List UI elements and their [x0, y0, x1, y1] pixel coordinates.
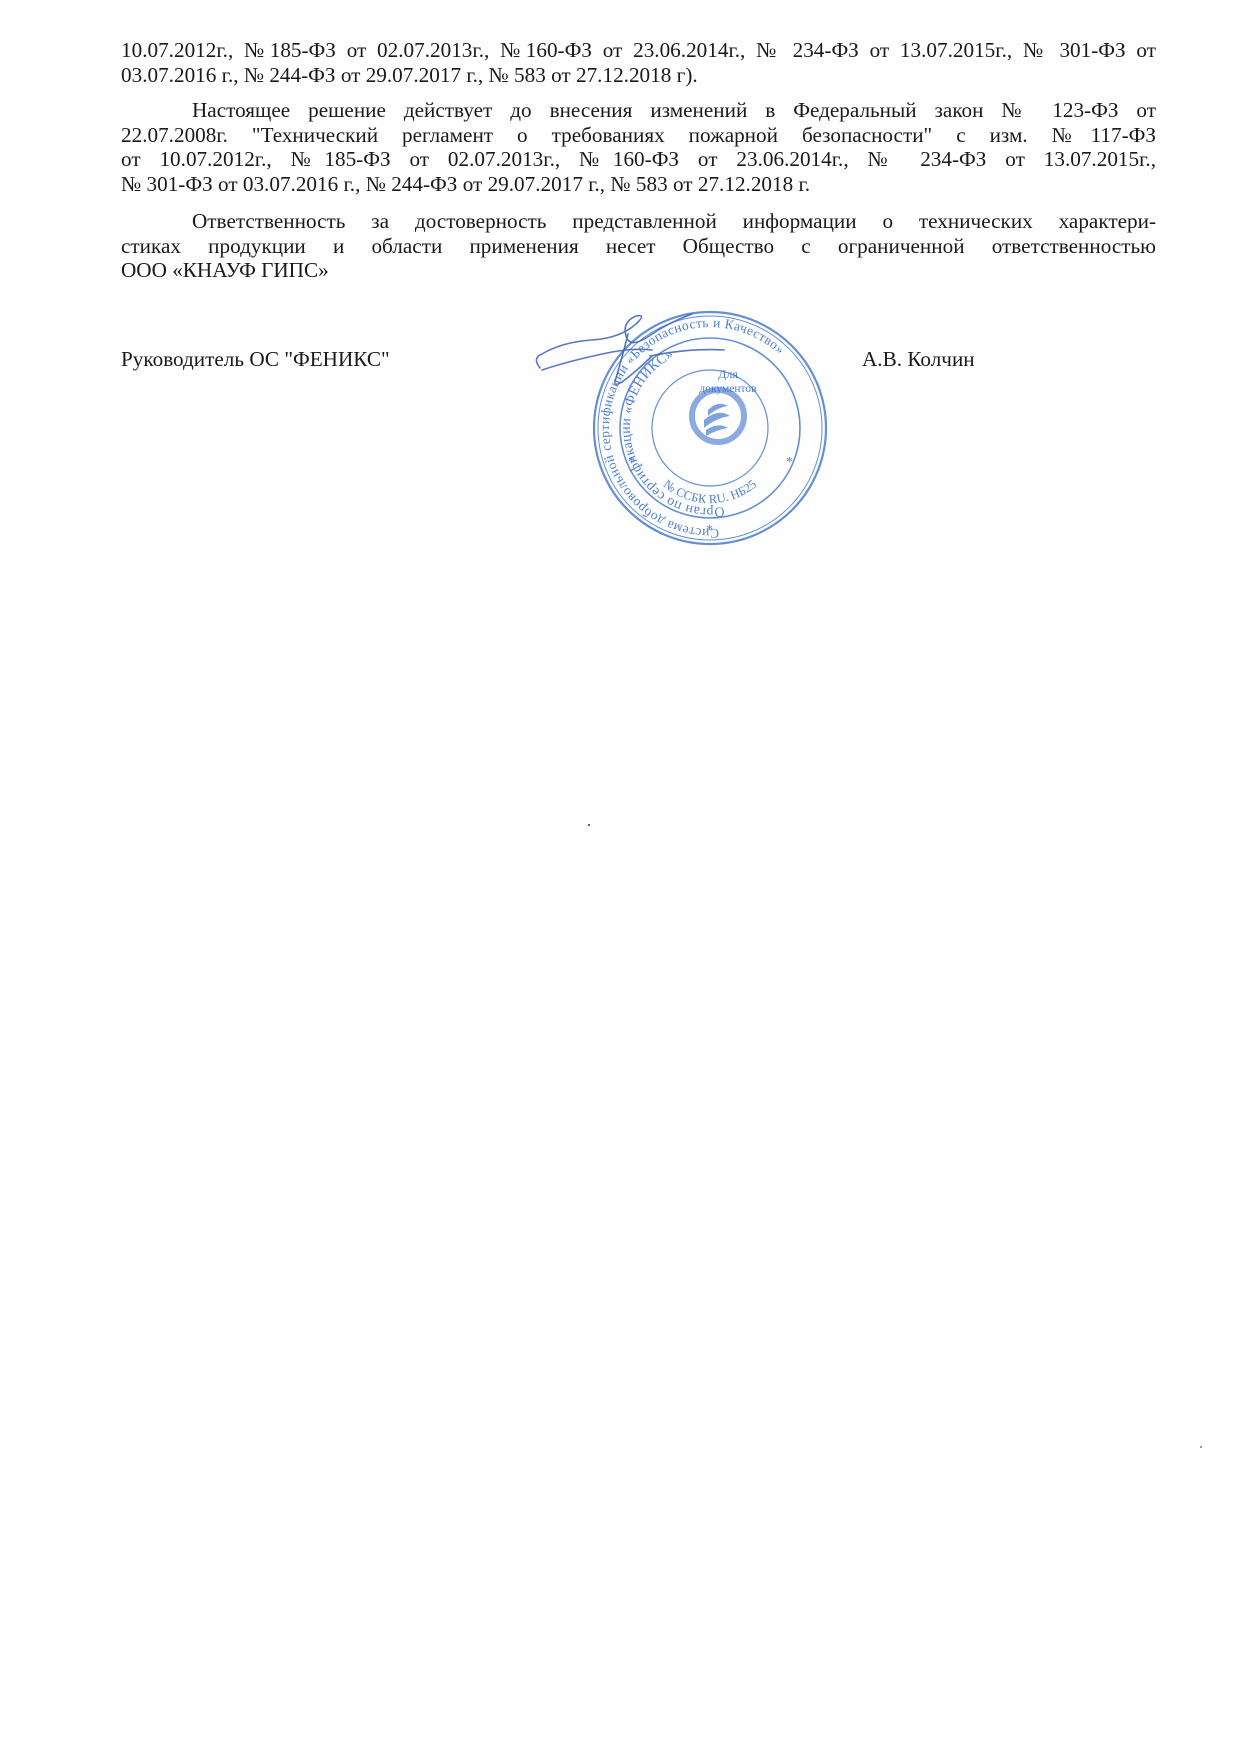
scan-speck	[1200, 1446, 1202, 1448]
stamp-center-line2: документов	[699, 383, 757, 395]
certification-stamp: Система добровольной сертификации «Безоп…	[590, 308, 830, 548]
text-line: 22.07.2008г. "Технический регламент о тр…	[121, 123, 1156, 148]
document-page: 10.07.2012г., №185-ФЗ от 02.07.2013г., №…	[0, 0, 1242, 1755]
signatory-name: А.В. Колчин	[862, 347, 975, 372]
text-line: Ответственность за достоверность предста…	[121, 209, 1156, 234]
scan-speck	[588, 824, 590, 826]
text-line: от 10.07.2012г., №185-ФЗ от 02.07.2013г.…	[121, 147, 1156, 172]
handwritten-signature	[536, 314, 724, 384]
stamp-star-bottom: *	[706, 523, 713, 538]
stamp-star-right: *	[786, 455, 793, 470]
text-line: Настоящее решение действует до внесения …	[121, 98, 1156, 123]
paragraph-responsibility: Ответственность за достоверность предста…	[121, 209, 1156, 283]
stamp-center-line1: Для	[718, 367, 738, 381]
text-line: 03.07.2016 г., № 244-ФЗ от 29.07.2017 г.…	[121, 63, 1156, 88]
text-line: ООО «КНАУФ ГИПС»	[121, 258, 1156, 283]
signatory-title: Руководитель ОС "ФЕНИКС"	[121, 347, 390, 372]
paragraph-amendments-tail: 10.07.2012г., №185-ФЗ от 02.07.2013г., №…	[121, 38, 1156, 87]
text-line: стиках продукции и области применения не…	[121, 234, 1156, 259]
text-line: 10.07.2012г., №185-ФЗ от 02.07.2013г., №…	[121, 38, 1156, 63]
paragraph-validity: Настоящее решение действует до внесения …	[121, 98, 1156, 196]
text-line: № 301-ФЗ от 03.07.2016 г., № 244-ФЗ от 2…	[121, 172, 1156, 197]
stamp-star-left: *	[628, 455, 635, 470]
stamp-seal-icon: Система добровольной сертификации «Безоп…	[590, 308, 830, 548]
